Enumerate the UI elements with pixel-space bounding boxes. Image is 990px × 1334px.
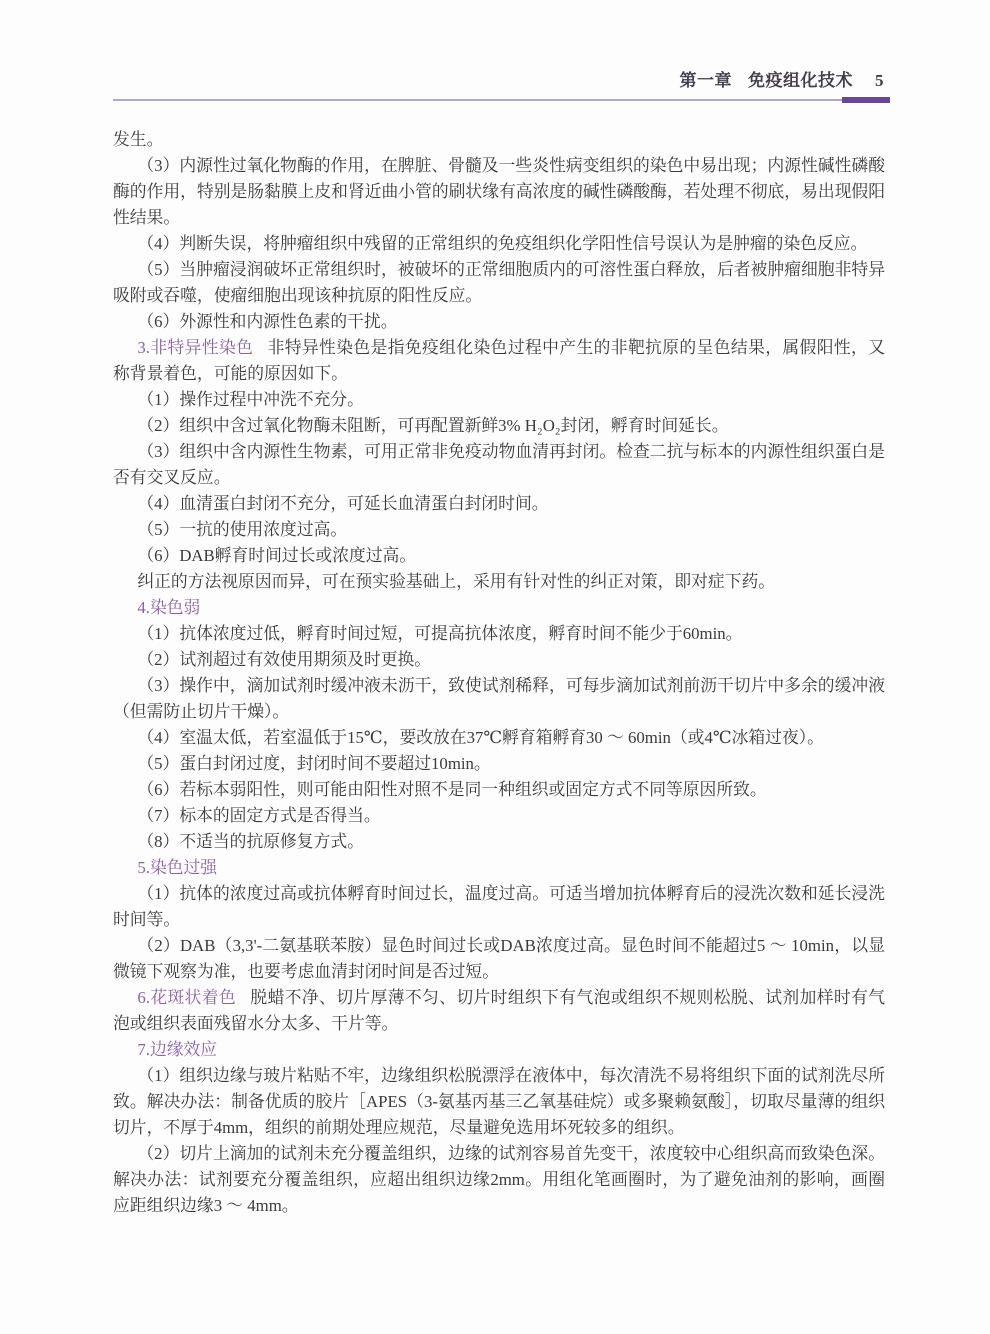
paragraph: （2）试剂超过有效使用期须及时更换。	[113, 647, 885, 673]
paragraph: （1）操作过程中冲洗不充分。	[113, 387, 885, 413]
paragraph: （2）切片上滴加的试剂未充分覆盖组织，边缘的试剂容易首先变干，浓度较中心组织高而…	[113, 1141, 885, 1219]
paragraph: （4）判断失误，将肿瘤组织中残留的正常组织的免疫组织化学阳性信号误认为是肿瘤的染…	[113, 231, 885, 257]
header-rule	[113, 99, 890, 101]
page-number: 5	[875, 71, 884, 90]
chapter-label: 第一章	[680, 71, 733, 90]
paragraph: （3）组织中含内源性生物素，可用正常非免疫动物血清再封闭。检查二抗与标本的内源性…	[113, 439, 885, 491]
header-rule-accent-bar	[842, 97, 890, 103]
section-heading: 5.染色过强	[113, 855, 885, 881]
paragraph: （3）操作中，滴加试剂时缓冲液未沥干，致使试剂稀释，可每步滴加试剂前沥干切片中多…	[113, 673, 885, 725]
paragraph: （2）组织中含过氧化物酶未阻断，可再配置新鲜3% H₂O₂封闭，孵育时间延长。	[113, 413, 885, 439]
section-heading-inline: 6.花斑状着色	[137, 988, 236, 1007]
section-heading: 7.边缘效应	[113, 1037, 885, 1063]
paragraph: 6.花斑状着色脱蜡不净、切片厚薄不匀、切片时组织下有气泡或组织不规则松脱、试剂加…	[113, 985, 885, 1037]
paragraph: 3.非特异性染色非特异性染色是指免疫组化染色过程中产生的非靶抗原的呈色结果，属假…	[113, 335, 885, 387]
paragraph: 纠正的方法视原因而异，可在预实验基础上，采用有针对性的纠正对策，即对症下药。	[113, 569, 885, 595]
paragraph: 发生。	[113, 127, 885, 153]
paragraph: （5）当肿瘤浸润破坏正常组织时，被破坏的正常细胞质内的可溶性蛋白释放，后者被肿瘤…	[113, 257, 885, 309]
paragraph: （1）抗体浓度过低，孵育时间过短，可提高抗体浓度，孵育时间不能少于60min。	[113, 621, 885, 647]
paragraph: （6）若标本弱阳性，则可能由阳性对照不是同一种组织或固定方式不同等原因所致。	[113, 777, 885, 803]
paragraph: （1）组织边缘与玻片粘贴不牢，边缘组织松脱漂浮在液体中，每次清洗不易将组织下面的…	[113, 1063, 885, 1141]
paragraph: （4）血清蛋白封闭不充分，可延长血清蛋白封闭时间。	[113, 491, 885, 517]
section-heading-inline: 3.非特异性染色	[137, 338, 253, 357]
running-head: 第一章免疫组化技术5	[113, 70, 884, 92]
paragraph: （4）室温太低，若室温低于15℃，要改放在37℃孵育箱孵育30 ～ 60min（…	[113, 725, 885, 751]
section-heading: 4.染色弱	[113, 595, 885, 621]
paragraph: （1）抗体的浓度过高或抗体孵育时间过长，温度过高。可适当增加抗体孵育后的浸洗次数…	[113, 881, 885, 933]
paragraph: （6）外源性和内源性色素的干扰。	[113, 309, 885, 335]
paragraph: （8）不适当的抗原修复方式。	[113, 829, 885, 855]
page-content: 发生。（3）内源性过氧化物酶的作用，在脾脏、骨髓及一些炎性病变组织的染色中易出现…	[113, 127, 885, 1219]
paragraph: （5）蛋白封闭过度，封闭时间不要超过10min。	[113, 751, 885, 777]
chapter-title: 免疫组化技术	[748, 71, 853, 90]
paragraph: （7）标本的固定方式是否得当。	[113, 803, 885, 829]
paragraph: （3）内源性过氧化物酶的作用，在脾脏、骨髓及一些炎性病变组织的染色中易出现；内源…	[113, 153, 885, 231]
paragraph: （6）DAB孵育时间过长或浓度过高。	[113, 543, 885, 569]
paragraph: （2）DAB（3,3'-二氨基联苯胺）显色时间过长或DAB浓度过高。显色时间不能…	[113, 933, 885, 985]
paragraph: （5）一抗的使用浓度过高。	[113, 517, 885, 543]
book-page: 第一章免疫组化技术5 发生。（3）内源性过氧化物酶的作用，在脾脏、骨髓及一些炎性…	[0, 0, 990, 1334]
